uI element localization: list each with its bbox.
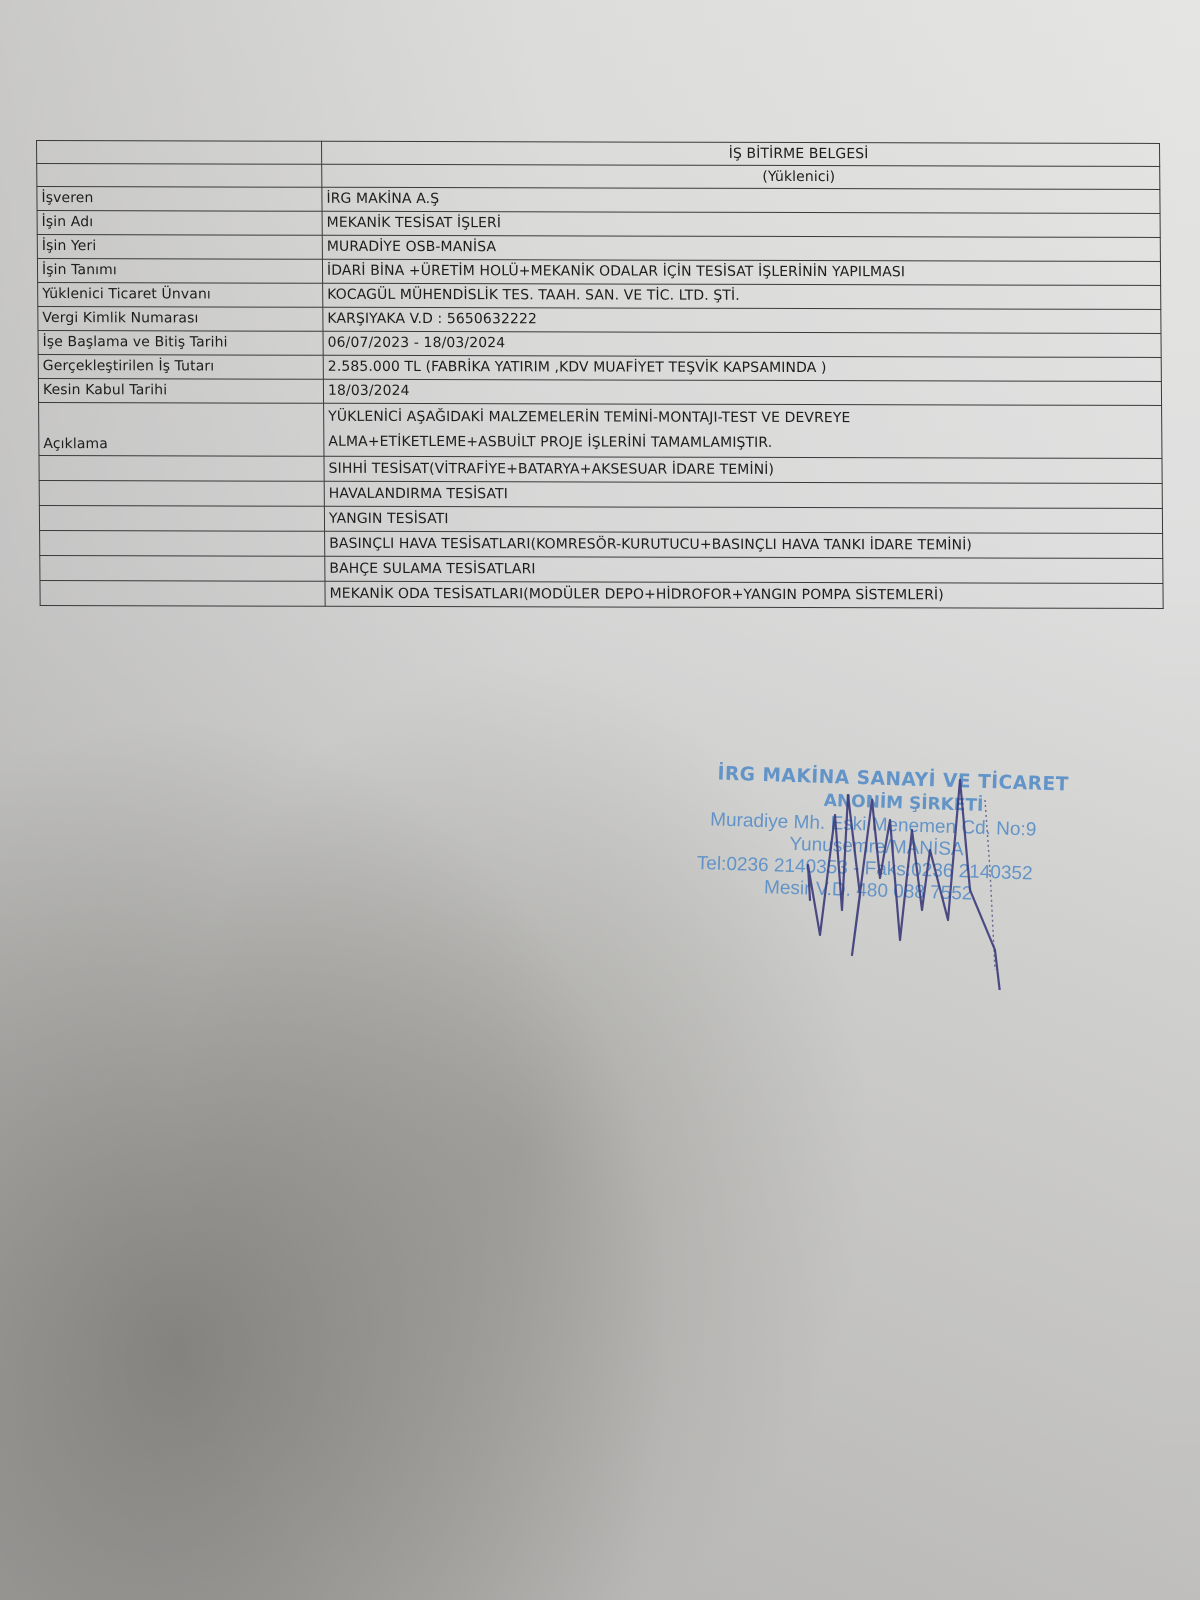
work-item-row: MEKANİK ODA TESİSATLARI(MODÜLER DEPO+HİD… xyxy=(40,581,1163,609)
work-item-row: BASINÇLI HAVA TESİSATLARI(KOMRESÖR-KURUT… xyxy=(40,531,1163,559)
title-label-empty-cell xyxy=(37,141,322,165)
work-item: YANGIN TESİSATI xyxy=(324,506,1162,533)
empty-label-cell xyxy=(40,556,325,582)
row-isin-tanimi: İşin Tanımı İDARİ BİNA +ÜRETİM HOLÜ+MEKA… xyxy=(37,259,1160,286)
row-isin-yeri: İşin Yeri MURADİYE OSB-MANİSA xyxy=(37,235,1160,262)
stamp-company-name: İRG MAKİNA SANAYİ VE TİCARET xyxy=(717,763,1096,797)
empty-label-cell xyxy=(40,531,325,557)
field-label: İşin Tanımı xyxy=(37,259,322,284)
empty-label-cell xyxy=(39,481,324,507)
row-kesin-kabul: Kesin Kabul Tarihi 18/03/2024 xyxy=(38,379,1161,406)
work-item: BAHÇE SULAMA TESİSATLARI xyxy=(325,556,1163,583)
field-value: İDARİ BİNA +ÜRETİM HOLÜ+MEKANİK ODALAR İ… xyxy=(322,259,1160,285)
aciklama-label: Açıklama xyxy=(39,403,324,457)
row-aciklama: Açıklama YÜKLENİCİ AŞAĞIDAKİ MALZEMELERİ… xyxy=(39,403,1162,459)
field-label: İşin Adı xyxy=(37,211,322,236)
row-vergi-kimlik: Vergi Kimlik Numarası KARŞIYAKA V.D : 56… xyxy=(38,307,1161,334)
aciklama-line-1: YÜKLENİCİ AŞAĞIDAKİ MALZEMELERİN TEMİNİ-… xyxy=(328,405,1157,432)
field-label: Gerçekleştirilen İş Tutarı xyxy=(38,355,323,380)
empty-label-cell xyxy=(39,506,324,532)
field-value: KOCAGÜL MÜHENDİSLİK TES. TAAH. SAN. VE T… xyxy=(323,283,1161,309)
field-label: İşe Başlama ve Bitiş Tarihi xyxy=(38,331,323,356)
work-item: MEKANİK ODA TESİSATLARI(MODÜLER DEPO+HİD… xyxy=(325,581,1163,608)
row-yuklenici-unvani: Yüklenici Ticaret Ünvanı KOCAGÜL MÜHENDİ… xyxy=(38,283,1161,310)
work-item-row: HAVALANDIRMA TESİSATI xyxy=(39,481,1162,509)
work-item-row: SIHHİ TESİSAT(VİTRAFİYE+BATARYA+AKSESUAR… xyxy=(39,456,1162,484)
empty-label-cell xyxy=(39,456,324,482)
field-label: Vergi Kimlik Numarası xyxy=(38,307,323,332)
field-value: MEKANİK TESİSAT İŞLERİ xyxy=(322,211,1160,237)
field-value: 06/07/2023 - 18/03/2024 xyxy=(323,331,1161,357)
title-cell: İŞ BİTİRME BELGESİ xyxy=(322,141,1160,166)
field-value: KARŞIYAKA V.D : 5650632222 xyxy=(323,307,1161,333)
row-isveren: İşveren İRG MAKİNA A.Ş xyxy=(37,187,1160,214)
work-item-row: YANGIN TESİSATI xyxy=(39,506,1162,534)
field-label: İşin Yeri xyxy=(37,235,322,260)
field-value: 18/03/2024 xyxy=(323,379,1161,405)
field-label: Kesin Kabul Tarihi xyxy=(38,379,323,404)
subtitle-cell: (Yüklenici) xyxy=(322,164,1160,189)
work-item: SIHHİ TESİSAT(VİTRAFİYE+BATARYA+AKSESUAR… xyxy=(324,456,1162,483)
work-item: BASINÇLI HAVA TESİSATLARI(KOMRESÖR-KURUT… xyxy=(325,531,1163,558)
company-stamp: İRG MAKİNA SANAYİ VE TİCARET ANONİM ŞİRK… xyxy=(696,762,1100,909)
aciklama-line-2: ALMA+ETİKETLEME+ASBUİLT PROJE İŞLERİNİ T… xyxy=(328,430,1157,457)
document-title: İŞ BİTİRME BELGESİ xyxy=(729,146,869,162)
row-isin-adi: İşin Adı MEKANİK TESİSAT İŞLERİ xyxy=(37,211,1160,238)
work-item: HAVALANDIRMA TESİSATI xyxy=(324,481,1162,508)
title-row: İŞ BİTİRME BELGESİ xyxy=(37,141,1160,167)
field-label: İşveren xyxy=(37,187,322,212)
field-value: 2.585.000 TL (FABRİKA YATIRIM ,KDV MUAFİ… xyxy=(323,355,1161,381)
field-label: Yüklenici Ticaret Ünvanı xyxy=(38,283,323,308)
subtitle-label-empty-cell xyxy=(37,164,322,188)
aciklama-value: YÜKLENİCİ AŞAĞIDAKİ MALZEMELERİN TEMİNİ-… xyxy=(324,403,1162,458)
work-item-row: BAHÇE SULAMA TESİSATLARI xyxy=(40,556,1163,584)
document-subtitle: (Yüklenici) xyxy=(762,169,835,185)
row-is-tutari: Gerçekleştirilen İş Tutarı 2.585.000 TL … xyxy=(38,355,1161,382)
subtitle-row: (Yüklenici) xyxy=(37,164,1160,190)
completion-certificate-table: İŞ BİTİRME BELGESİ (Yüklenici) İşveren İ… xyxy=(36,140,1164,609)
field-value: İRG MAKİNA A.Ş xyxy=(322,187,1160,213)
field-value: MURADİYE OSB-MANİSA xyxy=(322,235,1160,261)
row-baslama-bitis: İşe Başlama ve Bitiş Tarihi 06/07/2023 -… xyxy=(38,331,1161,358)
empty-label-cell xyxy=(40,581,325,607)
